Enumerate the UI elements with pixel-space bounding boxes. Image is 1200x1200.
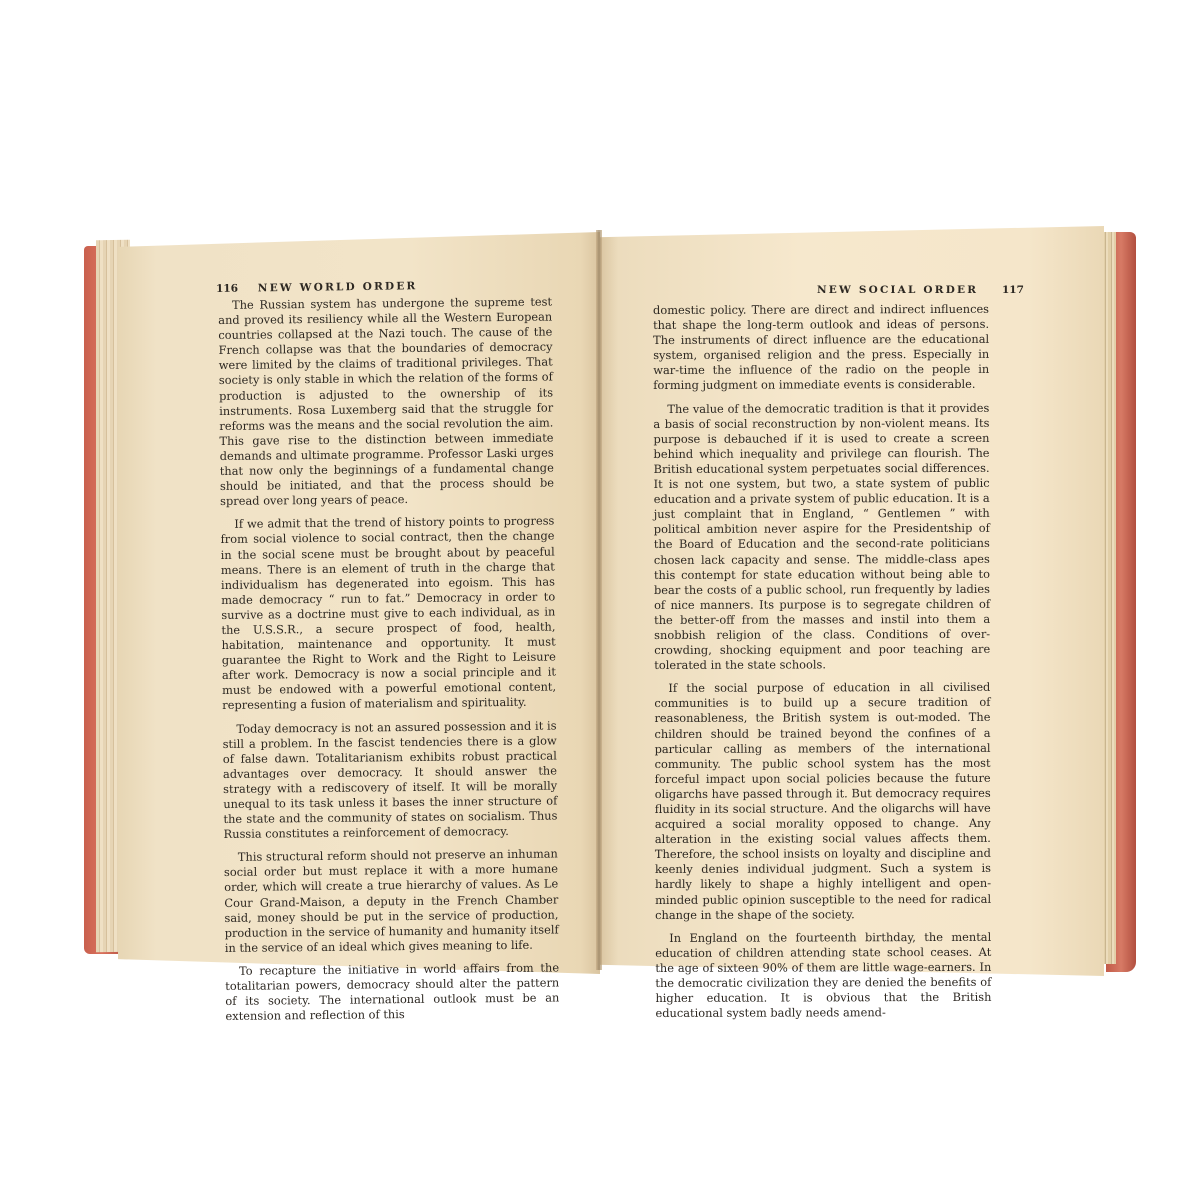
paragraph: In England on the fourteenth birthday, t… [655,930,991,1022]
paragraph: To recapture the initiative in world aff… [225,960,560,1024]
open-book: 116 NEW WORLD ORDER The Russian system h… [0,0,1200,1200]
right-running-header: NEW SOCIAL ORDER 117 [817,284,1024,296]
right-page-number: 117 [1002,284,1024,296]
left-page-number: 116 [216,283,238,295]
left-running-head-title: NEW WORLD ORDER [258,280,418,294]
right-page-body: domestic policy. There are direct and in… [653,302,992,1029]
paragraph: domestic policy. There are direct and in… [653,302,989,394]
paragraph: The Russian system has undergone the sup… [218,295,554,510]
book-gutter [596,230,602,970]
paragraph: If we admit that the trend of history po… [220,514,556,714]
paragraph: The value of the democratic tradition is… [653,400,990,673]
paragraph: If the social purpose of education in al… [654,680,991,923]
paragraph: This structural reform should not preser… [224,847,559,956]
right-running-head-title: NEW SOCIAL ORDER [817,284,978,296]
left-page-body: The Russian system has undergone the sup… [218,295,560,1033]
paragraph: Today democracy is not an assured posses… [222,718,557,842]
